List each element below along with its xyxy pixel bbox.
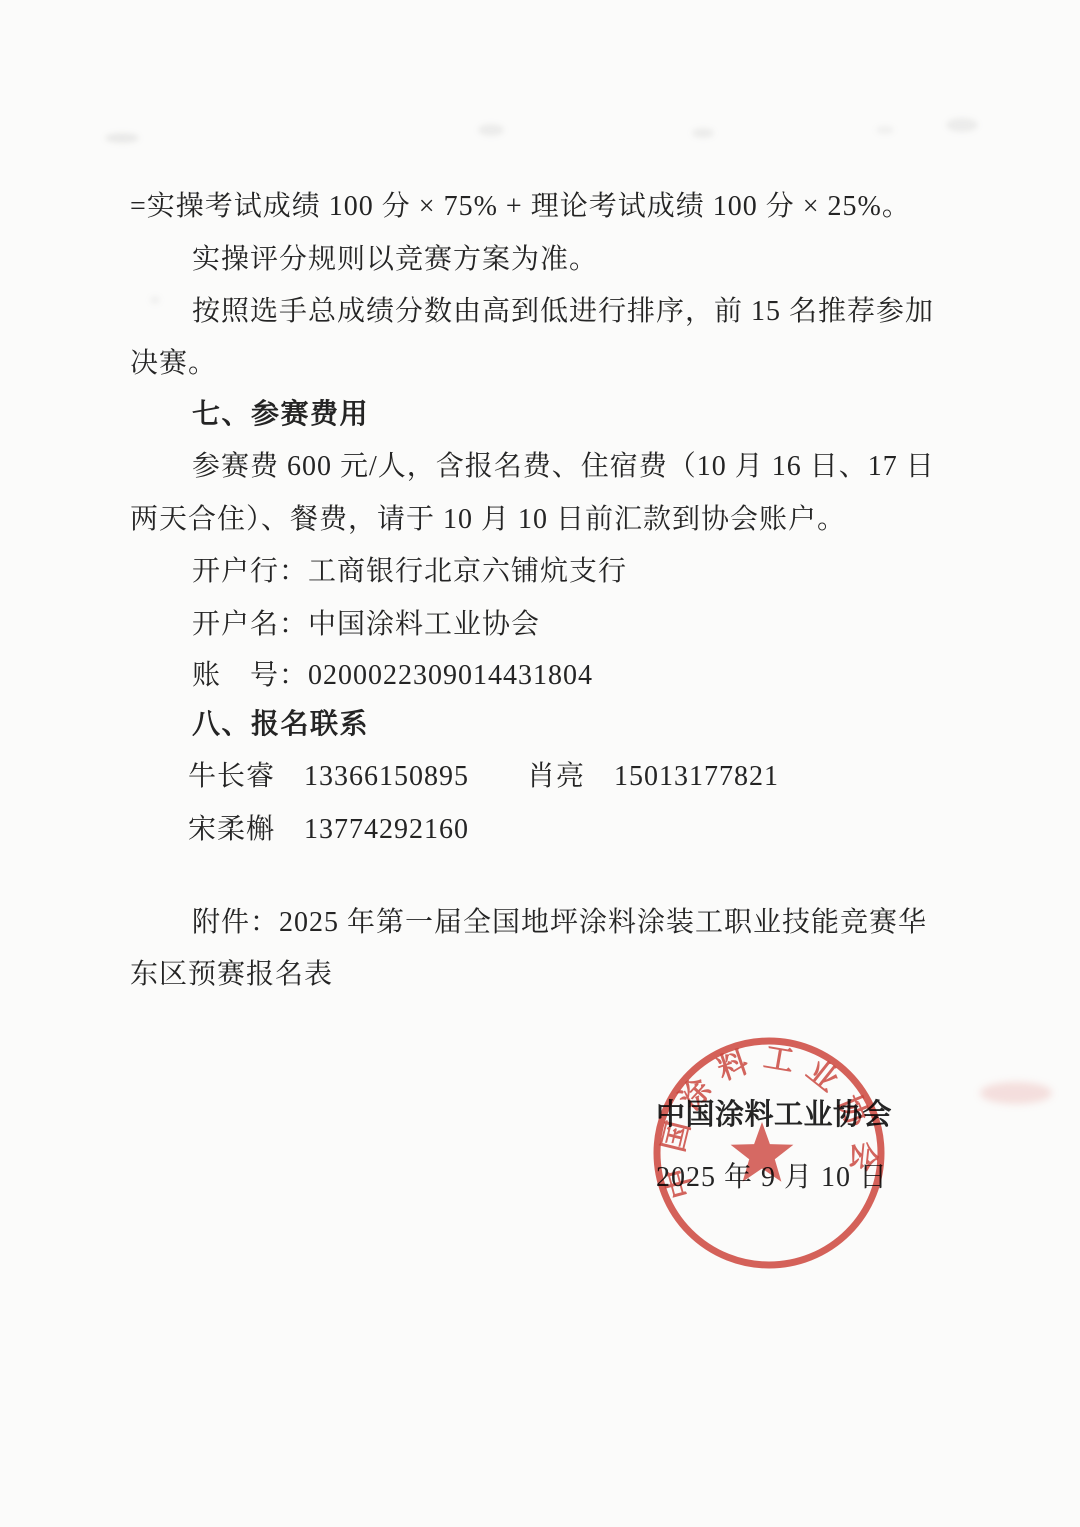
scan-smudge — [150, 296, 160, 304]
scan-smudge — [692, 128, 714, 138]
svg-text:中国涂料工业协会: 中国涂料工业协会 — [644, 1028, 885, 1211]
stamp-arc-text: 中国涂料工业协会 — [644, 1028, 885, 1211]
body-line-ranking: 按照选手总成绩分数由高到低进行排序，前 15 名推荐参加 — [192, 297, 934, 328]
contact-line-1: 牛长睿 13366150895 肖亮 15013177821 — [188, 762, 779, 793]
scan-smudge — [876, 126, 894, 134]
contact-line-2: 宋柔槲 13774292160 — [188, 815, 469, 846]
body-line-ranking-cont: 决赛。 — [130, 349, 217, 380]
body-line-scoring-rule: 实操评分规则以竞赛方案为准。 — [192, 245, 598, 276]
official-stamp: 中国涂料工业协会 — [630, 1025, 910, 1275]
stamp-star-icon — [731, 1122, 794, 1182]
stamp-ink-smear — [980, 1082, 1052, 1104]
body-line-fees-2: 两天合住）、餐费，请于 10 月 10 日前汇款到协会账户。 — [130, 505, 846, 536]
section-heading-contact: 八、报名联系 — [192, 710, 369, 741]
bank-branch-line: 开户行：工商银行北京六铺炕支行 — [192, 557, 627, 588]
section-heading-fees: 七、参赛费用 — [192, 400, 369, 431]
body-line-formula: =实操考试成绩 100 分 × 75% + 理论考试成绩 100 分 × 25%… — [130, 192, 911, 223]
scan-smudge — [478, 124, 504, 136]
body-line-fees-1: 参赛费 600 元/人，含报名费、住宿费（10 月 16 日、17 日 — [192, 452, 935, 483]
account-number-line: 账 号：0200022309014431804 — [192, 661, 593, 692]
scan-smudge — [105, 133, 139, 143]
account-name-line: 开户名：中国涂料工业协会 — [192, 610, 540, 641]
attachment-line-1: 附件：2025 年第一届全国地坪涂料涂装工职业技能竞赛华 — [192, 908, 927, 939]
attachment-line-2: 东区预赛报名表 — [130, 960, 333, 991]
document-page: =实操考试成绩 100 分 × 75% + 理论考试成绩 100 分 × 25%… — [0, 0, 1080, 1527]
scan-smudge — [946, 118, 978, 132]
